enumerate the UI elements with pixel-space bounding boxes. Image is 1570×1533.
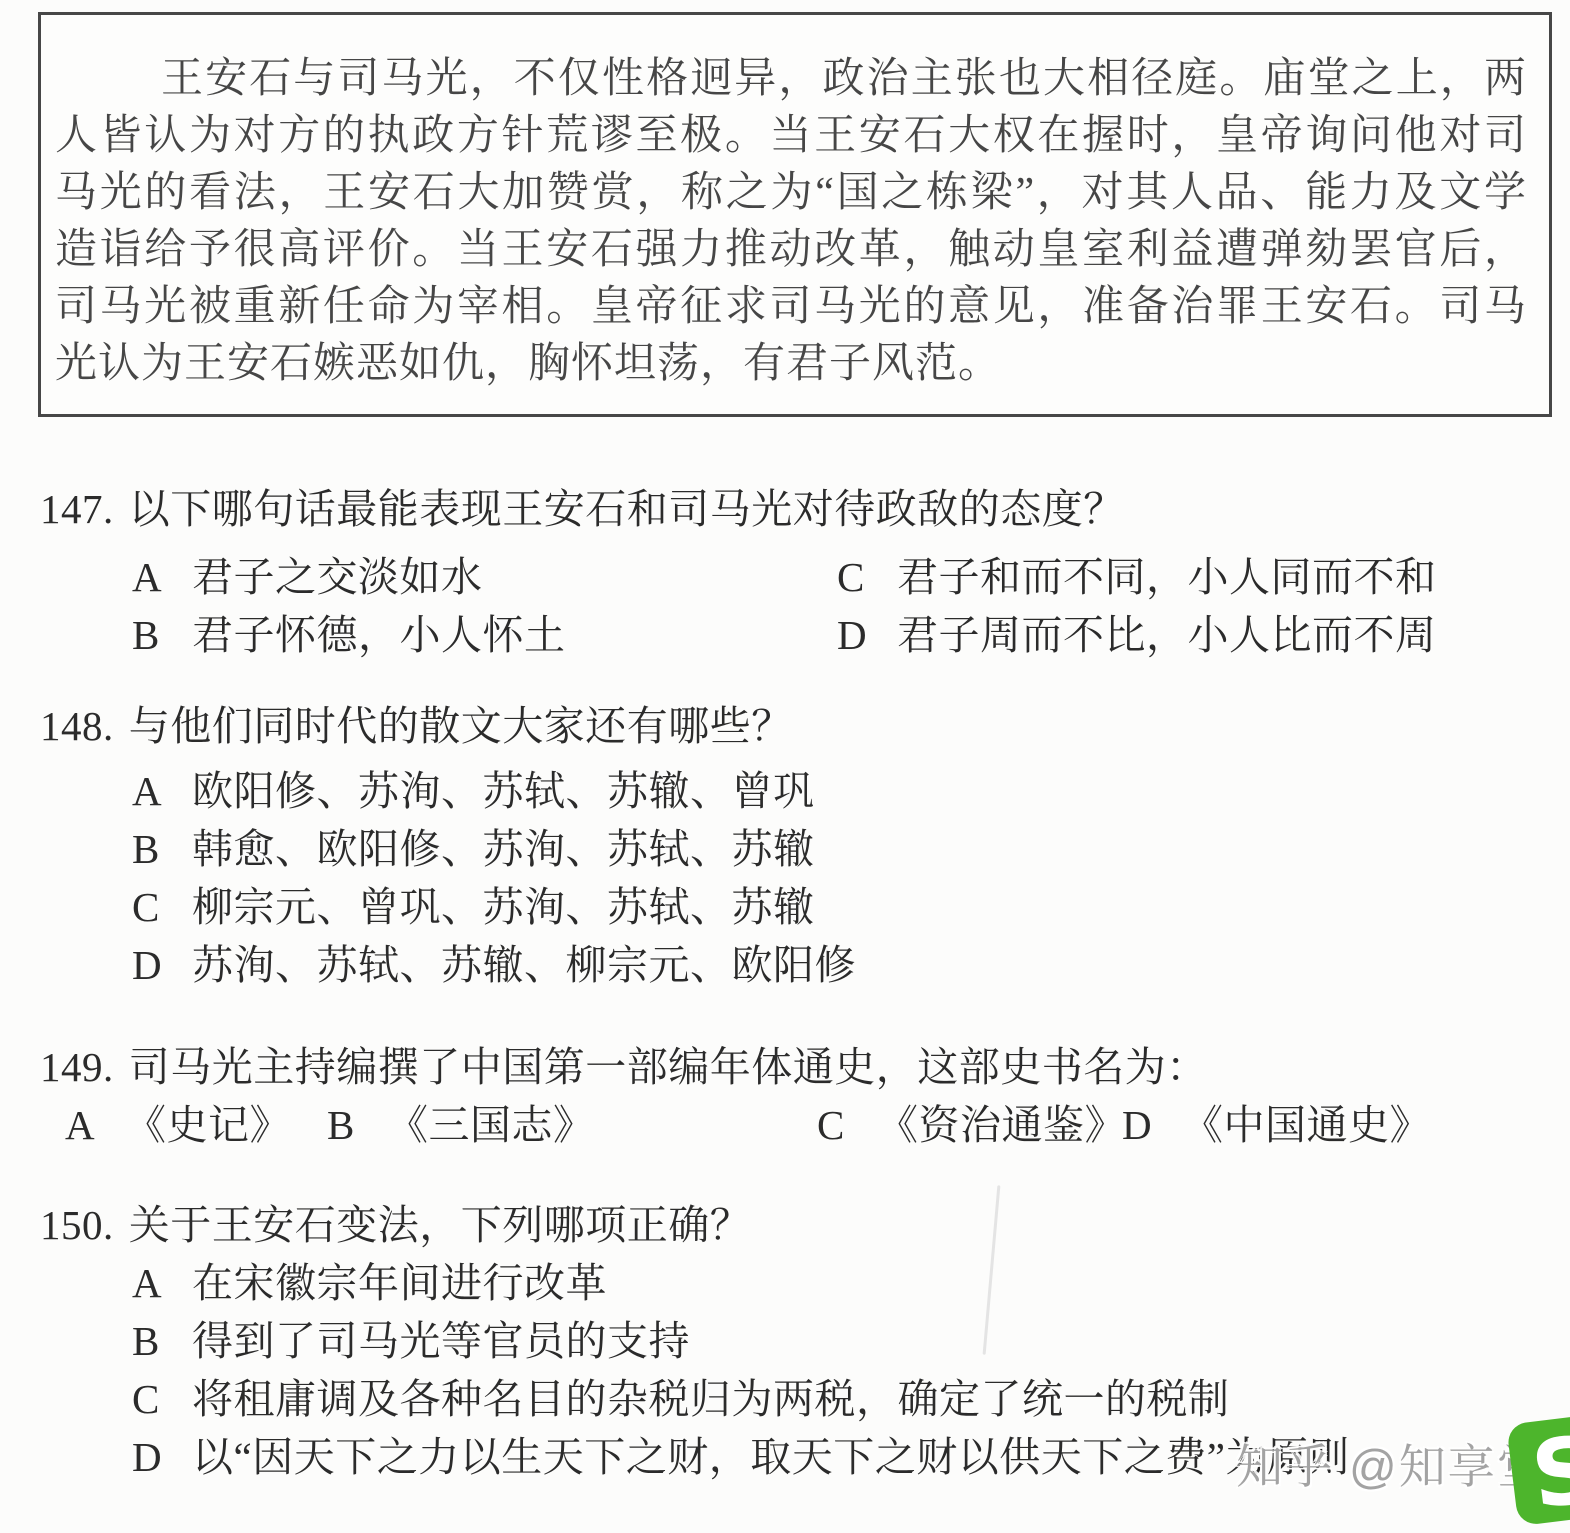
question-text: 司马光主持编撰了中国第一部编年体通史，这部史书名为： <box>129 1038 1208 1096</box>
option-letter: C <box>132 878 166 936</box>
option-letter: D <box>132 936 166 994</box>
option-letter: B <box>327 1096 361 1154</box>
option-letter: B <box>132 606 166 664</box>
option-letter: A <box>132 548 166 606</box>
passage-line: 司马光被重新任命为宰相。皇帝征求司马光的意见，准备治罪王安石。司马 <box>55 279 1527 336</box>
question-149: 149. 司马光主持编撰了中国第一部编年体通史，这部史书名为： A 《史记》 B… <box>40 1038 1550 1154</box>
option-text: 欧阳修、苏洵、苏轼、苏辙、曾巩 <box>192 762 815 820</box>
question-number: 149. <box>40 1038 114 1096</box>
question-148: 148. 与他们同时代的散文大家还有哪些？ A 欧阳修、苏洵、苏轼、苏辙、曾巩 … <box>40 697 1550 994</box>
option-149-d: D 《中国通史》 <box>1122 1096 1431 1154</box>
option-147-b: B 君子怀德，小人怀土 <box>132 606 837 664</box>
option-text: 韩愈、欧阳修、苏洵、苏轼、苏辙 <box>192 820 815 878</box>
option-text: 柳宗元、曾巩、苏洵、苏轼、苏辙 <box>192 878 815 936</box>
option-149-a: A 《史记》 <box>65 1096 291 1154</box>
watermark-logo-icon: S <box>1506 1410 1570 1528</box>
question-number: 150. <box>40 1196 114 1254</box>
option-147-a: A 君子之交淡如水 <box>132 548 837 606</box>
option-text: 《中国通史》 <box>1182 1096 1431 1154</box>
question-147: 147. 以下哪句话最能表现王安石和司马光对待政敌的态度？ A 君子之交淡如水 … <box>40 480 1550 664</box>
question-147-head: 147. 以下哪句话最能表现王安石和司马光对待政敌的态度？ <box>40 480 1550 538</box>
option-text: 在宋徽宗年间进行改革 <box>192 1254 607 1312</box>
option-148-c: C 柳宗元、曾巩、苏洵、苏轼、苏辙 <box>132 878 1550 936</box>
option-149-b: B 《三国志》 <box>327 1096 595 1154</box>
option-letter: C <box>817 1096 851 1154</box>
option-text: 君子怀德，小人怀土 <box>192 606 566 664</box>
option-150-a: A 在宋徽宗年间进行改革 <box>132 1254 1550 1312</box>
option-letter: C <box>132 1370 166 1428</box>
option-text: 《三国志》 <box>387 1096 595 1154</box>
question-148-options: A 欧阳修、苏洵、苏轼、苏辙、曾巩 B 韩愈、欧阳修、苏洵、苏轼、苏辙 C 柳宗… <box>132 762 1550 994</box>
question-149-head: 149. 司马光主持编撰了中国第一部编年体通史，这部史书名为： <box>40 1038 1550 1096</box>
watermark-text: 知乎 @知享堂 <box>1236 1441 1546 1493</box>
option-text: 得到了司马光等官员的支持 <box>192 1312 690 1370</box>
option-letter: D <box>837 606 871 664</box>
option-text: 《史记》 <box>125 1096 291 1154</box>
option-letter: B <box>132 820 166 878</box>
question-148-head: 148. 与他们同时代的散文大家还有哪些？ <box>40 697 1550 755</box>
option-text: 君子之交淡如水 <box>192 548 483 606</box>
option-149-c: C 《资治通鉴》 <box>817 1096 1126 1154</box>
question-147-options: A 君子之交淡如水 C 君子和而不同，小人同而不和 B 君子怀德，小人怀土 D … <box>132 548 1550 664</box>
option-147-c: C 君子和而不同，小人同而不和 <box>837 548 1437 606</box>
option-letter: C <box>837 548 871 606</box>
option-148-a: A 欧阳修、苏洵、苏轼、苏辙、曾巩 <box>132 762 1550 820</box>
option-text: 将租庸调及各种名目的杂税归为两税，确定了统一的税制 <box>192 1370 1230 1428</box>
passage-line: 造诣给予很高评价。当王安石强力推动改革，触动皇室利益遭弹劾罢官后， <box>55 222 1527 279</box>
option-letter: B <box>132 1312 166 1370</box>
question-text: 关于王安石变法，下列哪项正确？ <box>129 1196 752 1254</box>
passage-box: 王安石与司马光，不仅性格迥异，政治主张也大相径庭。庙堂之上，两 人皆认为对方的执… <box>38 12 1552 417</box>
scanned-exam-page: { "passage": { "lines": [ "王安石与司马光，不仅性格迥… <box>0 0 1570 1533</box>
question-number: 147. <box>40 480 114 538</box>
option-letter: A <box>132 762 166 820</box>
passage-line: 人皆认为对方的执政方针荒谬至极。当王安石大权在握时，皇帝询问他对司 <box>55 108 1527 165</box>
option-text: 《资治通鉴》 <box>877 1096 1126 1154</box>
option-text: 苏洵、苏轼、苏辙、柳宗元、欧阳修 <box>192 936 856 994</box>
option-letter: D <box>1122 1096 1156 1154</box>
passage-line: 王安石与司马光，不仅性格迥异，政治主张也大相径庭。庙堂之上，两 <box>55 51 1527 108</box>
question-149-options: A 《史记》 B 《三国志》 C 《资治通鉴》 D 《中国通史》 <box>40 1096 1550 1154</box>
option-147-d: D 君子周而不比，小人比而不周 <box>837 606 1437 664</box>
passage-line: 马光的看法，王安石大加赞赏，称之为“国之栋梁”，对其人品、能力及文学 <box>55 165 1527 222</box>
option-text: 以“因天下之力以生天下之财，取天下之财以供天下之费”为原则 <box>192 1428 1350 1486</box>
option-text: 君子周而不比，小人比而不周 <box>897 606 1437 664</box>
question-text: 与他们同时代的散文大家还有哪些？ <box>129 697 793 755</box>
option-148-d: D 苏洵、苏轼、苏辙、柳宗元、欧阳修 <box>132 936 1550 994</box>
question-number: 148. <box>40 697 114 755</box>
option-letter: A <box>132 1254 166 1312</box>
option-letter: D <box>132 1428 166 1486</box>
passage-text: 王安石与司马光，不仅性格迥异，政治主张也大相径庭。庙堂之上，两 人皆认为对方的执… <box>41 15 1549 393</box>
option-148-b: B 韩愈、欧阳修、苏洵、苏轼、苏辙 <box>132 820 1550 878</box>
passage-line: 光认为王安石嫉恶如仇，胸怀坦荡，有君子风范。 <box>55 336 1527 393</box>
question-150-head: 150. 关于王安石变法，下列哪项正确？ <box>40 1196 1550 1254</box>
question-text: 以下哪句话最能表现王安石和司马光对待政敌的态度？ <box>129 480 1125 538</box>
option-150-b: B 得到了司马光等官员的支持 <box>132 1312 1550 1370</box>
option-letter: A <box>65 1096 99 1154</box>
option-150-c: C 将租庸调及各种名目的杂税归为两税，确定了统一的税制 <box>132 1370 1550 1428</box>
option-text: 君子和而不同，小人同而不和 <box>897 548 1437 606</box>
